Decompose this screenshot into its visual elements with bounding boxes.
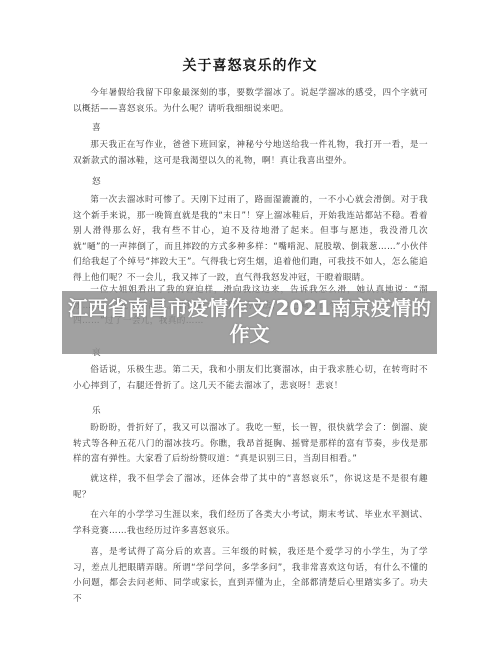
section-heading-happiness: 乐 <box>92 404 101 416</box>
overlay-title: 江西省南昌市疫情作文/2021南京疫情的作文 <box>62 295 437 347</box>
paragraph: 第一次去溜冰时可惨了。天刚下过雨了，路面湿漉漉的，一不小心就会滑倒。对于我这个新… <box>73 193 428 286</box>
section-heading-anger: 怒 <box>92 175 101 187</box>
title-overlay-banner: 江西省南昌市疫情作文/2021南京疫情的作文 <box>62 291 437 354</box>
document-title: 关于喜怒哀乐的作文 <box>0 55 500 75</box>
section-heading-joy: 喜 <box>92 121 101 133</box>
paragraph: 喜，是考试得了高分后的欢喜。三年级的时候，我还是个爱学习的小学生，为了学习，差点… <box>73 545 428 607</box>
paragraph: 在六年的小学学习生涯以来，我们经历了各类大小考试，期末考试、毕业水平测试、学科竞… <box>73 508 428 539</box>
intro-paragraph: 今年暑假给我留下印象最深刻的事，要数学溜冰了。说起学溜冰的感受，四个字就可以概括… <box>73 86 428 117</box>
paragraph: 就这样，我不但学会了溜冰，还体会带了其中的“喜怒哀乐”，你说这是不是很有趣呢？ <box>73 472 428 503</box>
paragraph: 盼盼盼，骨折好了，我又可以溜冰了。我吃一堑，长一智，很快就学会了：倒溜、旋转式等… <box>73 421 428 468</box>
paragraph: 那天我正在写作业，爸爸下班回家，神秘兮兮地送给我一件礼物，我打开一看，是一双新款… <box>73 138 428 169</box>
paragraph: 俗话说，乐极生悲。第二天，我和小朋友们比赛溜冰，由于我求胜心切，在转弯时不小心摔… <box>73 363 428 394</box>
